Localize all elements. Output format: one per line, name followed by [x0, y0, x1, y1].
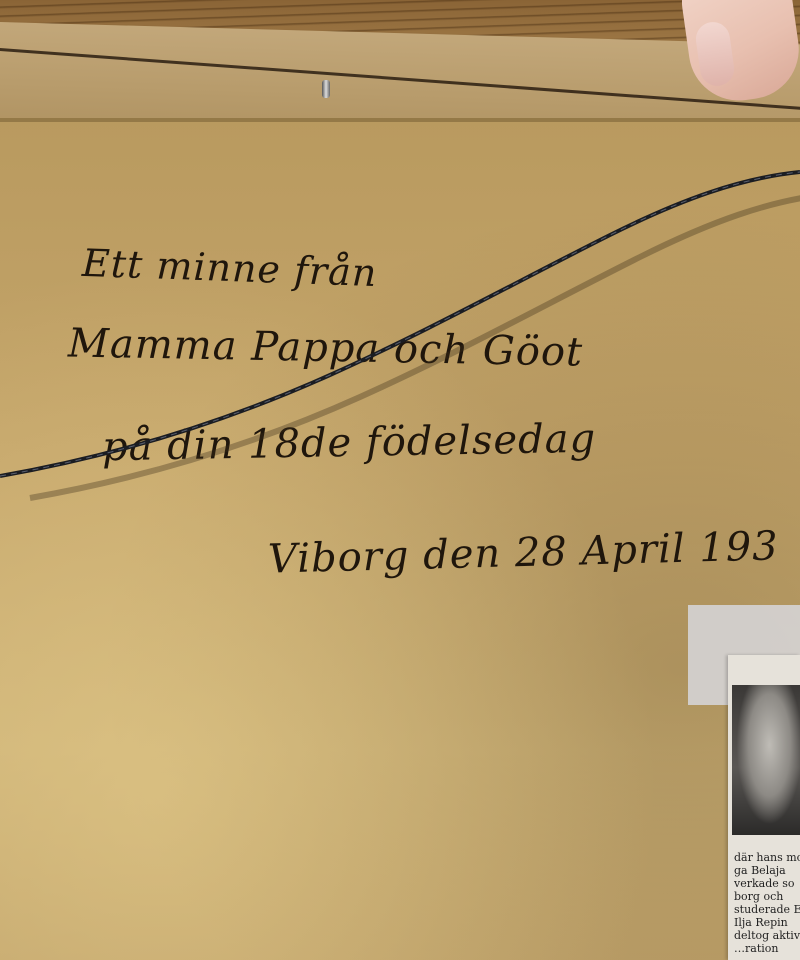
- clipping-text: där hans mo ga Belaja verkade so borg oc…: [734, 851, 800, 955]
- clipping-line: studerade E: [734, 903, 800, 916]
- clipping-line: …ration: [734, 942, 800, 955]
- clipping-line: deltog aktiv: [734, 929, 800, 942]
- hanging-wire: [0, 0, 800, 960]
- clipping-line: ga Belaja: [734, 864, 800, 877]
- newspaper-clipping: där hans mo ga Belaja verkade so borg oc…: [728, 655, 800, 960]
- clipping-line: där hans mo: [734, 851, 800, 864]
- clipping-line: verkade so: [734, 877, 800, 890]
- photo-scene: Ett minne från Mamma Pappa och Göot på d…: [0, 0, 800, 960]
- clipping-line: borg och: [734, 890, 800, 903]
- portrait-photo: [732, 685, 800, 835]
- clipping-line: Ilja Repin: [734, 916, 800, 929]
